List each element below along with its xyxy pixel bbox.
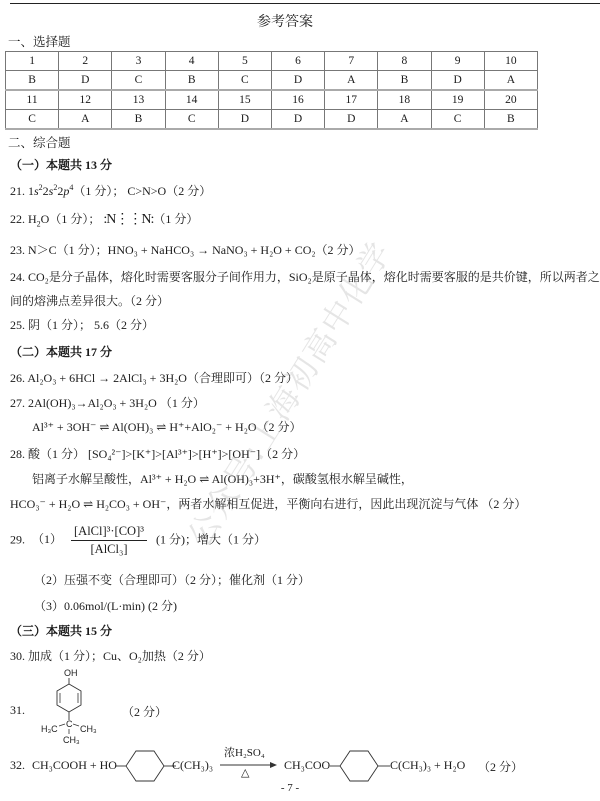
question-number-cell: 1 (6, 52, 59, 71)
answer-cell: D (271, 110, 324, 130)
fraction-numerator: [AlCl]³·[CO]³ (71, 524, 147, 541)
formula-h2o: H2O (28, 212, 49, 226)
question-22: 22. H2O（1 分）； :N⋮⋮N:（1 分） (10, 210, 198, 228)
answer-cell: C (218, 71, 271, 91)
answer-cell: D (59, 71, 112, 91)
answer-cell: C (112, 71, 165, 91)
question-number-cell: 20 (484, 90, 537, 110)
question-number-cell: 4 (165, 52, 218, 71)
question-number-cell: 11 (6, 90, 59, 110)
answer-text: （1 分）； C>N>O（2 分） (73, 184, 211, 198)
question-28-explanation-2: HCO₃⁻ + H₂O ⇌ H₂CO₃ + OH⁻，两者水解相互促进，平衡向右进… (10, 495, 526, 512)
electron-config: 1s22s22p4 (28, 184, 73, 198)
question-29-part-2: （2）压强不变（合理即可）（2 分）；催化剂（1 分） (34, 571, 310, 588)
section-1-heading: 一、选择题 (8, 32, 71, 50)
top-rule (10, 3, 600, 4)
question-number-cell: 12 (59, 90, 112, 110)
sub-label: （1） (32, 532, 62, 546)
methyl-left-label: H₃C (41, 724, 58, 734)
question-26: 26. Al₂O₃ + 6HCl → 2AlCl₃ + 3H₂O（合理即可）（2… (10, 369, 298, 386)
answer-cell: A (325, 71, 378, 91)
answer-cell: D (271, 71, 324, 91)
answer-cell: B (112, 110, 165, 130)
answer-cell: A (59, 110, 112, 130)
question-number: 30. (10, 649, 25, 663)
question-23: 23. N＞C（1 分）；HNO₃ + NaHCO₃ → NaNO₃ + H₂O… (10, 241, 361, 258)
question-31-score: （2 分） (122, 703, 167, 720)
part-3-heading: （三）本题共 15 分 (10, 622, 112, 639)
answer-cell: D (431, 71, 484, 91)
score-text: （1 分） (153, 212, 198, 226)
reaction-arrow (220, 761, 280, 769)
section-2-heading: 二、综合题 (8, 133, 71, 151)
question-30: 30. 加成（1 分）；Cu、O₂加热（2 分） (10, 647, 211, 664)
catalyst-label: 浓H₂SO₄ (224, 744, 265, 760)
question-32-score: （2 分） (478, 758, 523, 775)
question-number-cell: 13 (112, 90, 165, 110)
answer-cell: D (325, 110, 378, 130)
question-number-cell: 5 (218, 52, 271, 71)
answer-cell: C (6, 110, 59, 130)
question-29-part-3: （3）0.06mol/(L·min) (2 分) (34, 597, 177, 614)
question-number-cell: 6 (271, 52, 324, 71)
answer-text: Al₂O₃ + 6HCl → 2AlCl₃ + 3H₂O（合理即可）（2 分） (27, 371, 298, 385)
question-number-cell: 14 (165, 90, 218, 110)
question-24-continued: 间的熔沸点差异很大。（2 分） (10, 292, 169, 309)
tert-butylphenol-structure: OH C H₃C CH₃ CH₃ (35, 668, 115, 748)
answer-cell: C (165, 110, 218, 130)
question-number-cell: 7 (325, 52, 378, 71)
question-number: 29. (10, 532, 25, 546)
answer-table: 12345678910BDCBCDABDA1112131415161718192… (5, 51, 538, 130)
answer-row: BDCBCDABDA (6, 71, 538, 91)
question-27-equation: Al³⁺ + 3OH⁻ ⇌ Al(OH)₃ ⇌ H⁺+AlO₂⁻ + H₂O（2… (32, 418, 302, 435)
question-27: 27. 2Al(OH)₃→Al₂O₃ + 3H₂O （1 分） (10, 394, 205, 411)
reactant-tert-butyl: C(CH₃)₃ (172, 758, 213, 773)
answer-text: N＞C（1 分）；HNO₃ + NaHCO₃ → NaNO₃ + H₂O + C… (28, 243, 361, 257)
question-number-cell: 18 (378, 90, 431, 110)
question-number: 27. (10, 396, 25, 410)
electron-dot-n2: :N⋮⋮N: (103, 212, 153, 227)
part-2-heading: （二）本题共 17 分 (10, 343, 112, 360)
question-number: 32. (10, 758, 25, 772)
heat-condition: △ (241, 766, 249, 779)
question-number-cell: 2 (59, 52, 112, 71)
question-number-row: 11121314151617181920 (6, 90, 538, 110)
answer-text: 加成（1 分）；Cu、O₂加热（2 分） (28, 649, 211, 663)
question-number-cell: 16 (271, 90, 324, 110)
answer-text: CO₂是分子晶体，熔化时需要客服分子间作用力，SiO₂是原子晶体，熔化时需要客服… (28, 270, 600, 284)
answer-text: (1 分)；增大（1 分） (156, 532, 266, 546)
page-title: 参考答案 (0, 11, 570, 31)
answer-cell: D (218, 110, 271, 130)
question-25: 25. 阴（1 分）； 5.6（2 分） (10, 316, 154, 333)
question-number-cell: 15 (218, 90, 271, 110)
question-number-cell: 19 (431, 90, 484, 110)
question-number-cell: 9 (431, 52, 484, 71)
question-number: 25. (10, 318, 25, 332)
oh-label: OH (64, 668, 78, 678)
question-31-number: 31. (10, 703, 25, 718)
answer-cell: B (484, 110, 537, 130)
methyl-right-label: CH₃ (80, 724, 97, 734)
product-head: CH₃COO (284, 758, 330, 773)
question-number: 28. (10, 447, 25, 461)
reactant-1: CH₃COOH + HO (32, 758, 117, 772)
question-number: 22. (10, 212, 25, 226)
answer-cell: B (378, 71, 431, 91)
question-29: 29. （1） [AlCl]³·[CO]³ [AlCl₃] (1 分)；增大（1… (10, 524, 266, 557)
answer-cell: B (6, 71, 59, 91)
question-number: 23. (10, 243, 25, 257)
answer-text: 阴（1 分）； 5.6（2 分） (28, 318, 154, 332)
question-number-row: 12345678910 (6, 52, 538, 71)
question-number: 21. (10, 184, 25, 198)
quaternary-carbon-label: C (66, 719, 73, 729)
question-32: 32. CH₃COOH + HO (10, 758, 117, 773)
question-number-cell: 10 (484, 52, 537, 71)
part-1-heading: （一）本题共 13 分 (10, 156, 112, 173)
question-24: 24. CO₂是分子晶体，熔化时需要客服分子间作用力，SiO₂是原子晶体，熔化时… (10, 268, 600, 285)
answer-text: 2Al(OH)₃→Al₂O₃ + 3H₂O （1 分） (28, 396, 205, 410)
answer-cell: B (165, 71, 218, 91)
question-number: 24. (10, 270, 25, 284)
answer-cell: C (431, 110, 484, 130)
answer-cell: A (378, 110, 431, 130)
fraction-denominator: [AlCl₃] (71, 541, 147, 557)
product-tail: C(CH₃)₃ + H₂O (390, 758, 465, 773)
question-28: 28. 酸（1 分） [SO₄²⁻]>[K⁺]>[Al³⁺]>[H⁺]>[OH⁻… (10, 445, 305, 462)
question-28-explanation: 铝离子水解呈酸性，Al³⁺ + H₂O ⇌ Al(OH)₃+3H⁺，碳酸氢根水解… (32, 470, 413, 487)
page-number: - 7 - (0, 782, 580, 794)
question-number-cell: 8 (378, 52, 431, 71)
question-number-cell: 17 (325, 90, 378, 110)
methyl-bottom-label: CH₃ (63, 735, 80, 745)
answer-row: CABCDDDACB (6, 110, 538, 130)
score-text: （1 分）； (49, 212, 100, 226)
equilibrium-constant-fraction: [AlCl]³·[CO]³ [AlCl₃] (71, 524, 147, 557)
answer-cell: A (484, 71, 537, 91)
question-number: 26. (10, 371, 25, 385)
question-number-cell: 3 (112, 52, 165, 71)
question-21: 21. 1s22s22p4（1 分）； C>N>O（2 分） (10, 182, 211, 199)
answer-text: 酸（1 分） [SO₄²⁻]>[K⁺]>[Al³⁺]>[H⁺]>[OH⁻]（2 … (28, 447, 305, 461)
